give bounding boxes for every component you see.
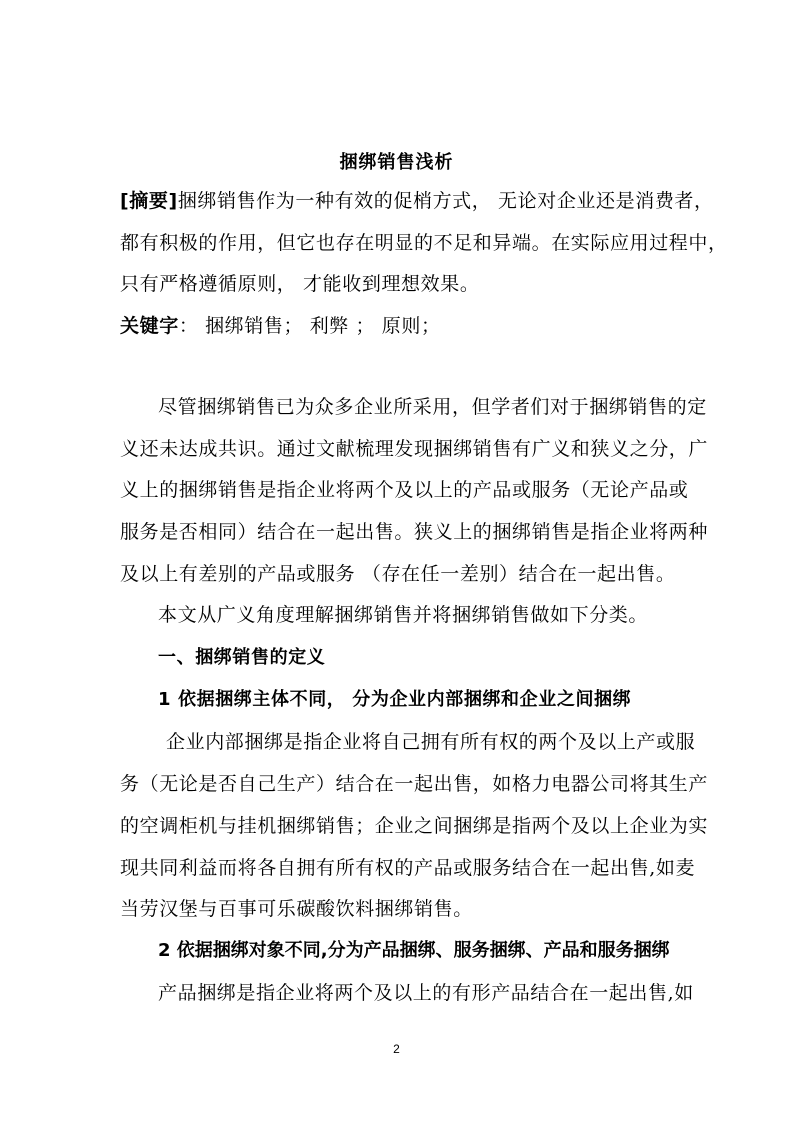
subsection-1-line-3: 的空调柜机与挂机捆绑销售；企业之间捆绑是指两个及以上企业为实: [120, 815, 672, 837]
intro-line-3: 义上的捆绑销售是指企业将两个及以上的产品或服务（无论产品或: [120, 479, 672, 501]
subsection-1-line-5: 当劳汉堡与百事可乐碳酸饮料捆绑销售。: [120, 898, 672, 920]
page-number: 2: [0, 1042, 793, 1056]
intro-line-1: 尽管捆绑销售已为众多企业所采用，但学者们对于捆绑销售的定: [158, 396, 672, 418]
keywords-text: ： 捆绑销售； 利弊 ； 原则；: [179, 315, 441, 337]
intro-line-2: 义还未达成共识。通过文献梳理发现捆绑销售有广义和狭义之分，广: [120, 438, 672, 460]
subsection-1-line-1: 企业内部捆绑是指企业将自己拥有所有权的两个及以上产或服: [166, 731, 672, 753]
abstract-label: [摘要]: [120, 190, 178, 212]
document-page: 捆绑销售浅析 [摘要]捆绑销售作为一种有效的促梢方式， 无论对企业还是消费者， …: [0, 0, 793, 1122]
subsection-1-line-2: 务（无论是否自己生产）结合在一起出售，如格力电器公司将其生产: [120, 773, 672, 795]
abstract-text: 捆绑销售作为一种有效的促梢方式， 无论对企业还是消费者，: [178, 190, 714, 212]
subsection-2-heading: 2 依据捆绑对象不同,分为产品捆绑、服务捆绑、产品和服务捆绑: [158, 940, 682, 962]
subsection-1-heading: 1 依据捆绑主体不同， 分为企业内部捆绑和企业之间捆绑: [158, 689, 710, 711]
keywords-line: 关键字： 捆绑销售； 利弊 ； 原则；: [120, 315, 672, 337]
abstract-line-1: [摘要]捆绑销售作为一种有效的促梢方式， 无论对企业还是消费者，: [120, 190, 672, 212]
keywords-label: 关键字: [120, 315, 179, 337]
section-1-heading: 一、捆绑销售的定义: [158, 647, 710, 669]
classification-sentence: 本文从广义角度理解捆绑销售并将捆绑销售做如下分类。: [158, 604, 710, 626]
intro-line-5: 及以上有差别的产品或服务 （存在任一差别）结合在一起出售。: [120, 563, 672, 585]
abstract-line-3: 只有严格遵循原则， 才能收到理想效果。: [120, 273, 672, 295]
subsection-2-line-1: 产品捆绑是指企业将两个及以上的有形产品结合在一起出售,如: [158, 982, 672, 1004]
subsection-1-line-4: 现共同利益而将各自拥有所有权的产品或服务结合在一起出售,如麦: [120, 857, 672, 879]
document-title: 捆绑销售浅析: [0, 148, 793, 174]
abstract-line-2: 都有积极的作用，但它也存在明显的不足和异端。在实际应用过程中，: [120, 232, 672, 254]
intro-line-4: 服务是否相同）结合在一起出售。狭义上的捆绑销售是指企业将两种: [120, 521, 672, 543]
